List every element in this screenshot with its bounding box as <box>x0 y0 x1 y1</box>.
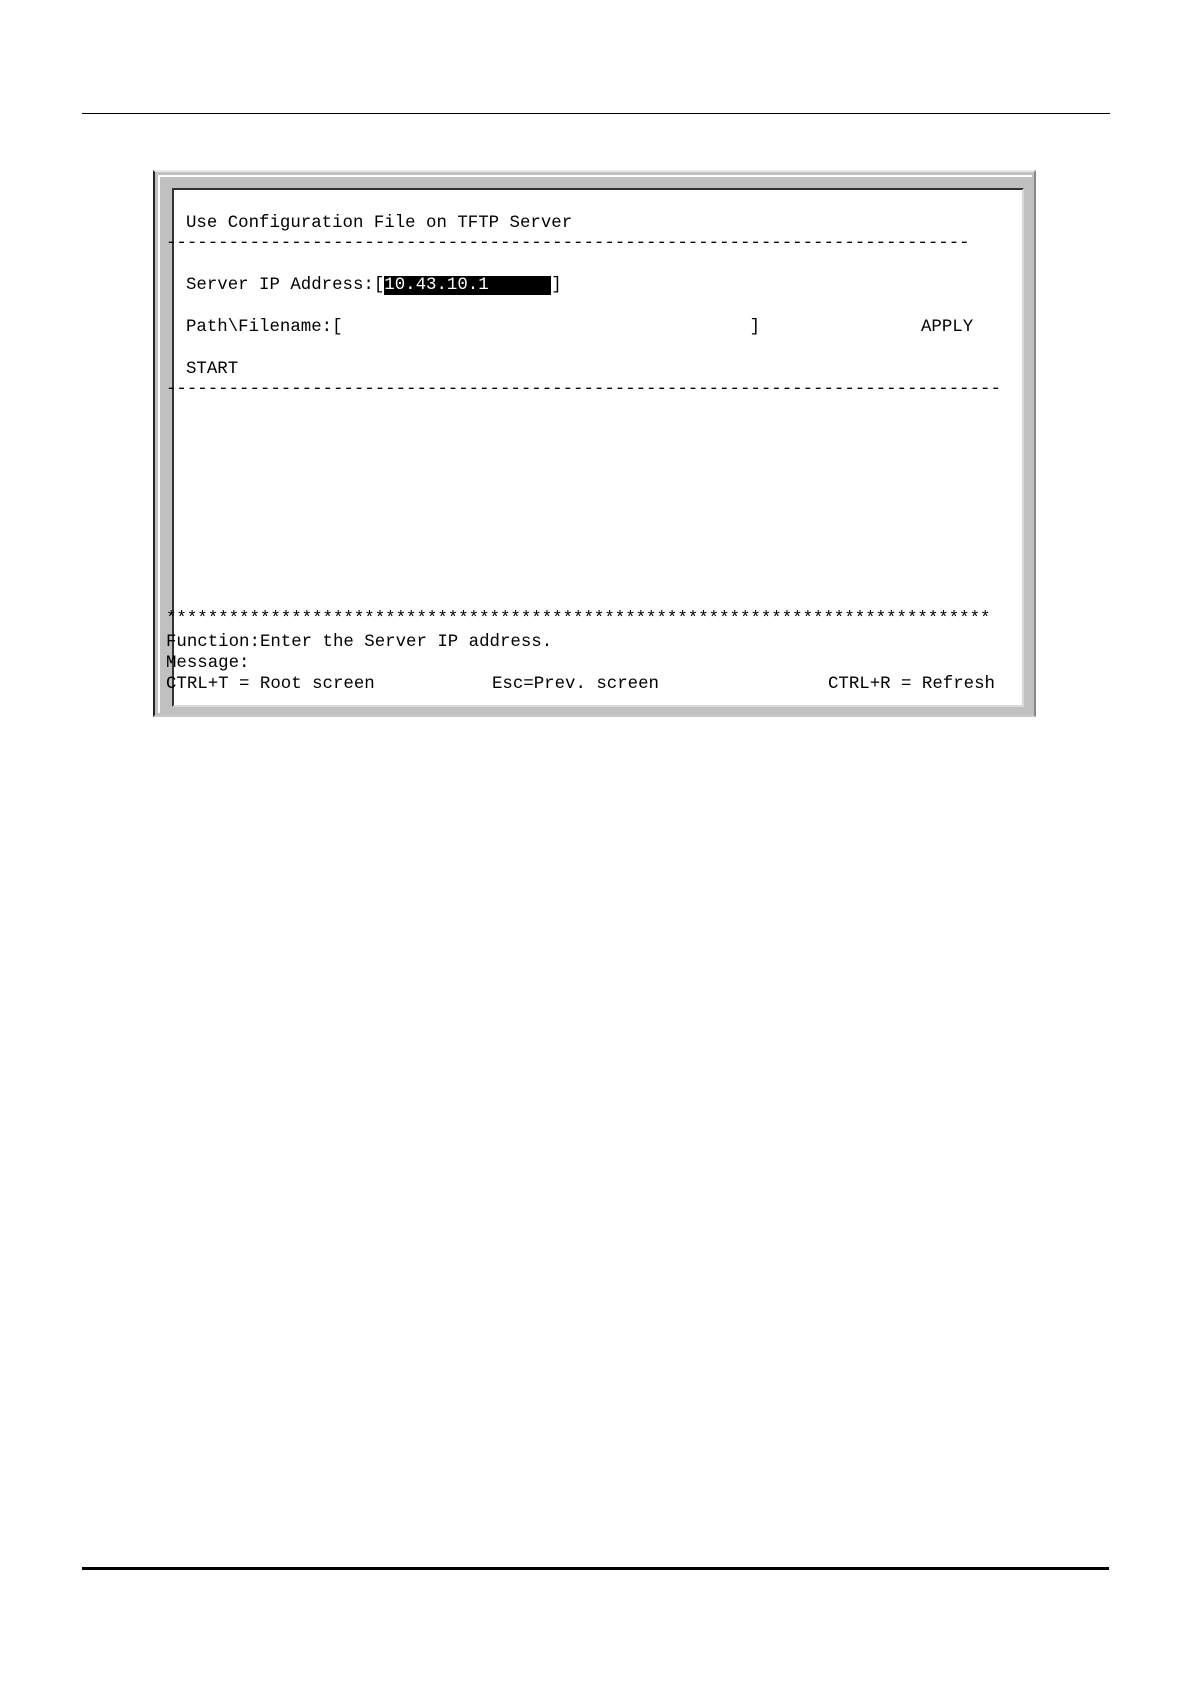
page-footer-rule <box>82 1567 1109 1570</box>
terminal-screen: Use Configuration File on TFTP Server --… <box>172 188 1024 707</box>
path-open-bracket: [ <box>332 318 342 337</box>
stars-separator: ****************************************… <box>166 610 990 630</box>
server-ip-open-bracket: [ <box>374 276 384 295</box>
shortcut-refresh[interactable]: CTRL+R = Refresh <box>828 675 995 695</box>
start-button[interactable]: START <box>186 360 238 380</box>
message-row: Message: <box>166 654 250 674</box>
function-label: Function: <box>166 633 260 652</box>
message-label: Message: <box>166 654 250 673</box>
server-ip-row: Server IP Address:[10.43.10.1 ] <box>186 276 562 296</box>
server-ip-input[interactable]: 10.43.10.1 <box>384 276 551 295</box>
server-ip-close-bracket: ] <box>551 276 561 295</box>
shortcut-prev-screen[interactable]: Esc=Prev. screen <box>492 675 659 695</box>
path-filename-input[interactable] <box>343 318 750 337</box>
function-text: Enter the Server IP address. <box>260 633 552 652</box>
server-ip-value[interactable]: 10.43.10.1 <box>384 276 488 295</box>
function-row: Function:Enter the Server IP address. <box>166 633 552 653</box>
path-close-bracket: ] <box>750 318 760 337</box>
path-label: Path\Filename: <box>186 318 332 337</box>
path-padding[interactable] <box>343 318 750 337</box>
server-ip-padding[interactable] <box>489 276 552 295</box>
page-header-rule <box>82 113 1110 114</box>
separator-bottom: ----------------------------------------… <box>166 380 1001 400</box>
apply-button[interactable]: APPLY <box>921 318 973 338</box>
separator-top: ----------------------------------------… <box>166 234 970 254</box>
shortcut-root-screen[interactable]: CTRL+T = Root screen <box>166 675 375 695</box>
screen-title: Use Configuration File on TFTP Server <box>186 214 572 234</box>
path-row: Path\Filename:[ ] <box>186 318 760 338</box>
server-ip-label: Server IP Address: <box>186 276 374 295</box>
